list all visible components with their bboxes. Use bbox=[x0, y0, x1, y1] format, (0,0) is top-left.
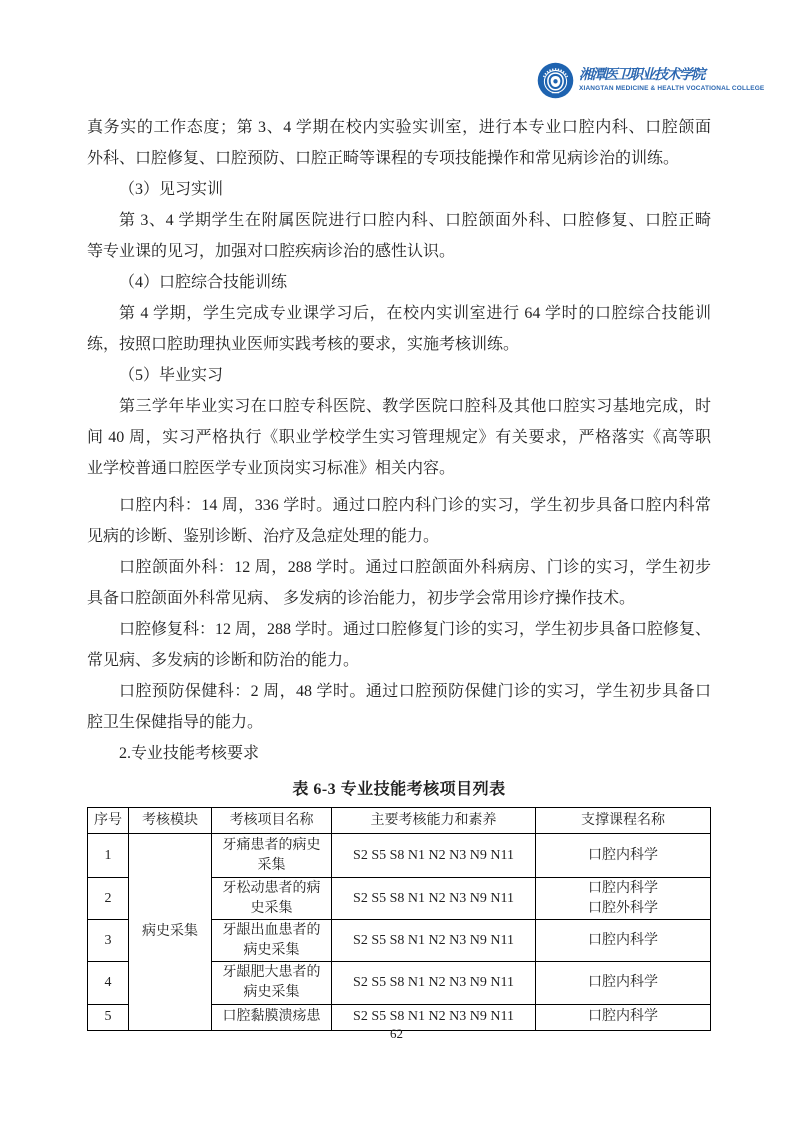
col-header-module: 考核模块 bbox=[129, 808, 212, 834]
body-line: 第 3、4 学期学生在附属医院进行口腔内科、口腔颌面外科、口腔修复、口腔正畸 bbox=[87, 205, 711, 236]
body-line: （4）口腔综合技能训练 bbox=[87, 267, 711, 298]
body-line: 口腔修复科：12 周，288 学时。通过口腔修复门诊的实习，学生初步具备口腔修复… bbox=[87, 614, 711, 645]
body-line: （5）毕业实习 bbox=[87, 360, 711, 391]
cell-no: 2 bbox=[88, 878, 129, 920]
college-logo-text: 湘潭医卫职业技术学院 XIANGTAN MEDICINE & HEALTH VO… bbox=[579, 68, 764, 93]
cell-courses: 口腔内科学 口腔外科学 bbox=[536, 878, 711, 920]
body-line: 等专业课的见习，加强对口腔疾病诊治的感性认识。 bbox=[87, 236, 711, 267]
body-line: （3）见习实训 bbox=[87, 174, 711, 205]
table-header-row: 序号 考核模块 考核项目名称 主要考核能力和素养 支撑课程名称 bbox=[88, 808, 711, 834]
cell-module: 病史采集 bbox=[129, 834, 212, 1031]
cell-courses: 口腔内科学 bbox=[536, 920, 711, 962]
body-line: 外科、口腔修复、口腔预防、口腔正畸等课程的专项技能操作和常见病诊治的训练。 bbox=[87, 143, 711, 174]
col-header-no: 序号 bbox=[88, 808, 129, 834]
page-number: 62 bbox=[0, 1026, 793, 1042]
cell-project: 牙龈肥大患者的病史采集 bbox=[212, 962, 332, 1004]
col-header-courses: 支撑课程名称 bbox=[536, 808, 711, 834]
body-line: 真务实的工作态度；第 3、4 学期在校内实验实训室，进行本专业口腔内科、口腔颌面 bbox=[87, 112, 711, 143]
college-emblem-icon bbox=[537, 62, 574, 99]
cell-courses: 口腔内科学 bbox=[536, 962, 711, 1004]
cell-abilities: S2 S5 S8 N1 N2 N3 N9 N11 bbox=[332, 834, 536, 878]
body-line: 2.专业技能考核要求 bbox=[87, 738, 711, 769]
col-header-abilities: 主要考核能力和素养 bbox=[332, 808, 536, 834]
body-line: 业学校普通口腔医学专业顶岗实习标准》相关内容。 bbox=[87, 453, 711, 484]
col-header-project: 考核项目名称 bbox=[212, 808, 332, 834]
cell-no: 3 bbox=[88, 920, 129, 962]
cell-project: 牙龈出血患者的病史采集 bbox=[212, 920, 332, 962]
body-line: 练，按照口腔助理执业医师实践考核的要求，实施考核训练。 bbox=[87, 329, 711, 360]
cell-abilities: S2 S5 S8 N1 N2 N3 N9 N11 bbox=[332, 962, 536, 1004]
document-page: 湘潭医卫职业技术学院 XIANGTAN MEDICINE & HEALTH VO… bbox=[0, 0, 793, 1122]
body-line: 见病的诊断、鉴别诊断、治疗及急症处理的能力。 bbox=[87, 521, 711, 552]
cell-abilities: S2 S5 S8 N1 N2 N3 N9 N11 bbox=[332, 878, 536, 920]
table-title: 表 6-3 专业技能考核项目列表 bbox=[87, 776, 711, 799]
body-line: 口腔内科：14 周，336 学时。通过口腔内科门诊的实习，学生初步具备口腔内科常 bbox=[87, 490, 711, 521]
cell-courses: 口腔内科学 bbox=[536, 834, 711, 878]
cell-no: 4 bbox=[88, 962, 129, 1004]
body-line: 口腔预防保健科：2 周，48 学时。通过口腔预防保健门诊的实习，学生初步具备口 bbox=[87, 676, 711, 707]
cell-project: 牙松动患者的病史采集 bbox=[212, 878, 332, 920]
college-name-zh: 湘潭医卫职业技术学院 bbox=[579, 68, 764, 84]
document-body: 真务实的工作态度；第 3、4 学期在校内实验实训室，进行本专业口腔内科、口腔颌面… bbox=[87, 112, 711, 1031]
cell-project: 牙痛患者的病史采集 bbox=[212, 834, 332, 878]
table-row: 1 病史采集 牙痛患者的病史采集 S2 S5 S8 N1 N2 N3 N9 N1… bbox=[88, 834, 711, 878]
cell-abilities: S2 S5 S8 N1 N2 N3 N9 N11 bbox=[332, 920, 536, 962]
body-line: 常见病、多发病的诊断和防治的能力。 bbox=[87, 645, 711, 676]
assessment-table: 序号 考核模块 考核项目名称 主要考核能力和素养 支撑课程名称 1 病史采集 牙… bbox=[87, 807, 711, 1031]
body-line: 间 40 周，实习严格执行《职业学校学生实习管理规定》有关要求，严格落实《高等职 bbox=[87, 422, 711, 453]
body-line: 第三学年毕业实习在口腔专科医院、教学医院口腔科及其他口腔实习基地完成，时 bbox=[87, 391, 711, 422]
body-line: 口腔颌面外科：12 周，288 学时。通过口腔颌面外科病房、门诊的实习，学生初步 bbox=[87, 552, 711, 583]
body-line: 腔卫生保健指导的能力。 bbox=[87, 707, 711, 738]
college-name-en: XIANGTAN MEDICINE & HEALTH VOCATIONAL CO… bbox=[579, 85, 764, 93]
body-line: 具备口腔颌面外科常见病、 多发病的诊治能力，初步学会常用诊疗操作技术。 bbox=[87, 583, 711, 614]
body-line: 第 4 学期，学生完成专业课学习后，在校内实训室进行 64 学时的口腔综合技能训 bbox=[87, 298, 711, 329]
college-logo: 湘潭医卫职业技术学院 XIANGTAN MEDICINE & HEALTH VO… bbox=[537, 62, 764, 99]
cell-no: 1 bbox=[88, 834, 129, 878]
